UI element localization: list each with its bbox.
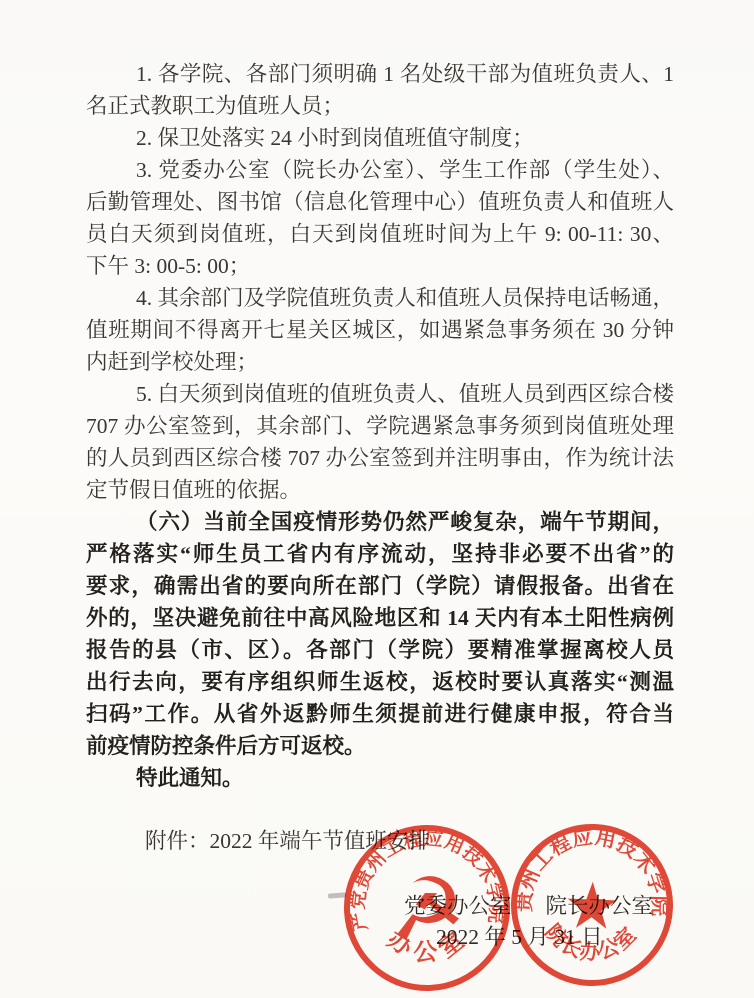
body-line-bold: 严格落实“师生员工省内有序流动，坚持非必要不出省”的	[86, 538, 674, 570]
body-line: 707 办公室签到，其余部门、学院遇紧急事务须到岗值班处理	[86, 410, 674, 442]
body-line: 名正式教职工为值班人员；	[86, 90, 674, 122]
body-line-bold: 要求，确需出省的要向所在部门（学院）请假报备。出省在	[86, 570, 674, 602]
body-line: 内赶到学校处理；	[86, 346, 674, 378]
star-icon: ★	[562, 869, 622, 945]
scanned-notice-page: 1. 各学院、各部门须明确 1 名处级干部为值班负责人、1 名正式教职工为值班人…	[0, 0, 754, 998]
body-line: 的人员到西区综合楼 707 办公室签到并注明事由，作为统计法	[86, 442, 674, 474]
body-line: 值班期间不得离开七星关区城区，如遇紧急事务须在 30 分钟	[86, 314, 674, 346]
party-committee-seal: 中国共产党贵州工程应用技术学院委员会 ☭ 办公室	[332, 813, 521, 998]
body-line-bold: 报告的县（市、区）。各部门（学院）要精准掌握离校人员	[86, 634, 674, 666]
body-line: 后勤管理处、图书馆（信息化管理中心）值班负责人和值班人	[86, 186, 674, 218]
body-line-bold: 出行去向，要有序组织师生返校，返校时要认真落实“测温	[86, 666, 674, 698]
notice-body: 1. 各学院、各部门须明确 1 名处级干部为值班负责人、1 名正式教职工为值班人…	[86, 58, 674, 794]
closing-line: 特此通知。	[86, 762, 674, 794]
body-line-bold: 前疫情防控条件后方可返校。	[86, 730, 674, 762]
body-line: 员白天须到岗值班，白天到岗值班时间为上午 9: 00-11: 30、	[86, 218, 674, 250]
body-line-bold: （六）当前全国疫情形势仍然严峻复杂，端午节期间，	[86, 506, 674, 538]
body-line: 5. 白天须到岗值班的值班负责人、值班人员到西区综合楼	[86, 378, 674, 410]
body-line: 4. 其余部门及学院值班负责人和值班人员保持电话畅通，	[86, 282, 674, 314]
body-line-bold: 外的，坚决避免前往中高风险地区和 14 天内有本土阳性病例	[86, 602, 674, 634]
body-line-bold: 扫码”工作。从省外返黔师生须提前进行健康申报，符合当	[86, 698, 674, 730]
president-office-seal: 贵州工程应用技术学院 ★ 院长办公室	[499, 812, 685, 998]
body-line: 下午 3: 00-5: 00；	[86, 250, 674, 282]
body-line: 定节假日值班的依据。	[86, 474, 674, 506]
body-line: 2. 保卫处落实 24 小时到岗值班值守制度；	[86, 122, 674, 154]
body-line: 1. 各学院、各部门须明确 1 名处级干部为值班负责人、1	[86, 58, 674, 90]
body-line: 3. 党委办公室（院长办公室）、学生工作部（学生处）、	[86, 154, 674, 186]
